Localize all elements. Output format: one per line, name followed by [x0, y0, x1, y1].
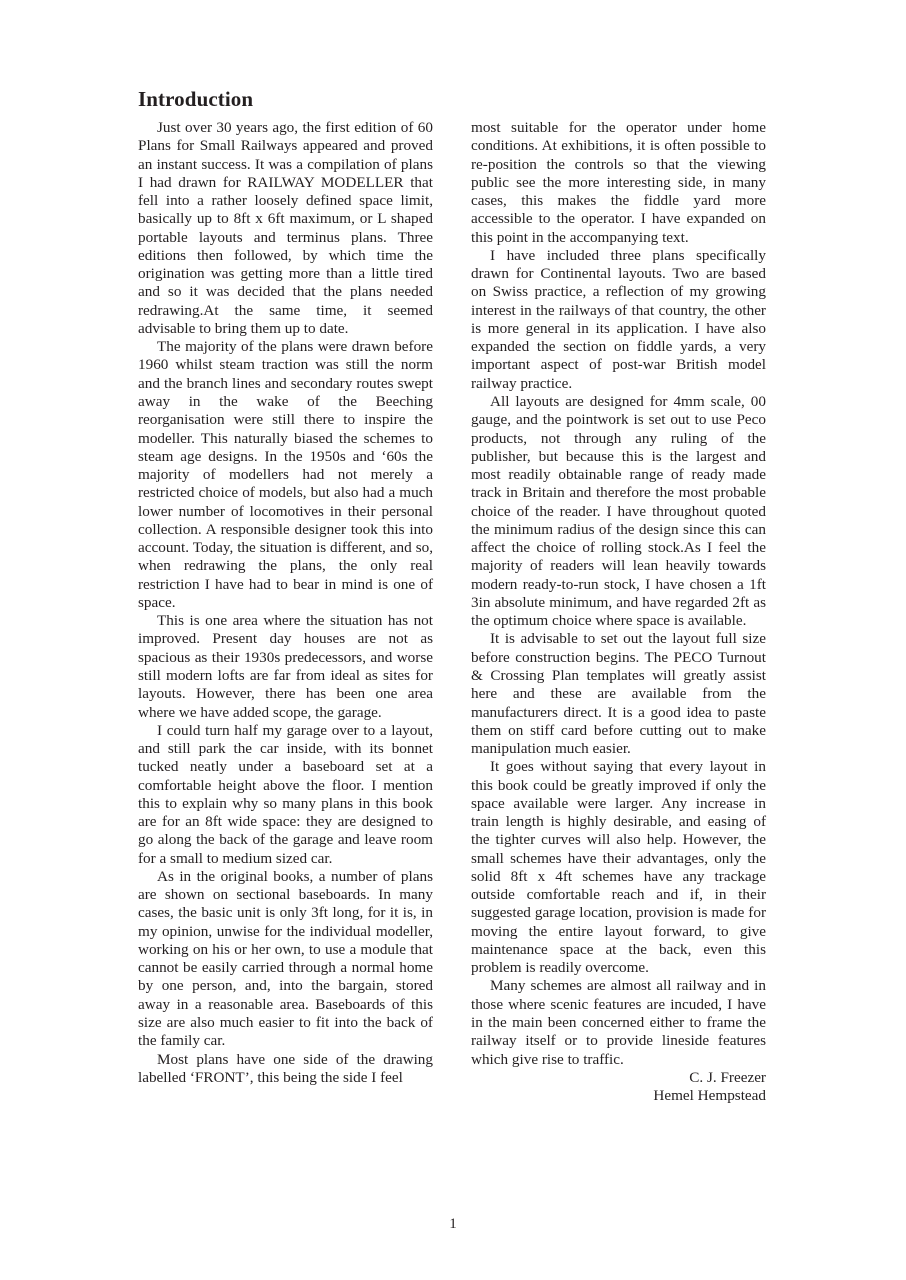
- paragraph: The majority of the plans were drawn bef…: [138, 338, 433, 612]
- paragraph: I could turn half my garage over to a la…: [138, 722, 433, 868]
- right-column: most suitable for the operator under hom…: [471, 119, 766, 1105]
- paragraph: As in the original books, a number of pl…: [138, 868, 433, 1051]
- paragraph: Many schemes are almost all railway and …: [471, 977, 766, 1068]
- page-number: 1: [0, 1215, 906, 1233]
- paragraph: This is one area where the situation has…: [138, 612, 433, 722]
- paragraph: I have included three plans specifically…: [471, 247, 766, 393]
- paragraph: It goes without saying that every layout…: [471, 758, 766, 977]
- signature-location: Hemel Hempstead: [471, 1087, 766, 1105]
- paragraph: Most plans have one side of the drawing …: [138, 1051, 433, 1088]
- paragraph: Just over 30 years ago, the first editio…: [138, 119, 433, 338]
- left-column: Just over 30 years ago, the first editio…: [138, 119, 433, 1087]
- paragraph-continued: most suitable for the operator under hom…: [471, 119, 766, 247]
- page-title: Introduction: [138, 86, 253, 112]
- paragraph: It is advisable to set out the layout fu…: [471, 630, 766, 758]
- signature-author: C. J. Freezer: [471, 1069, 766, 1087]
- paragraph: All layouts are designed for 4mm scale, …: [471, 393, 766, 630]
